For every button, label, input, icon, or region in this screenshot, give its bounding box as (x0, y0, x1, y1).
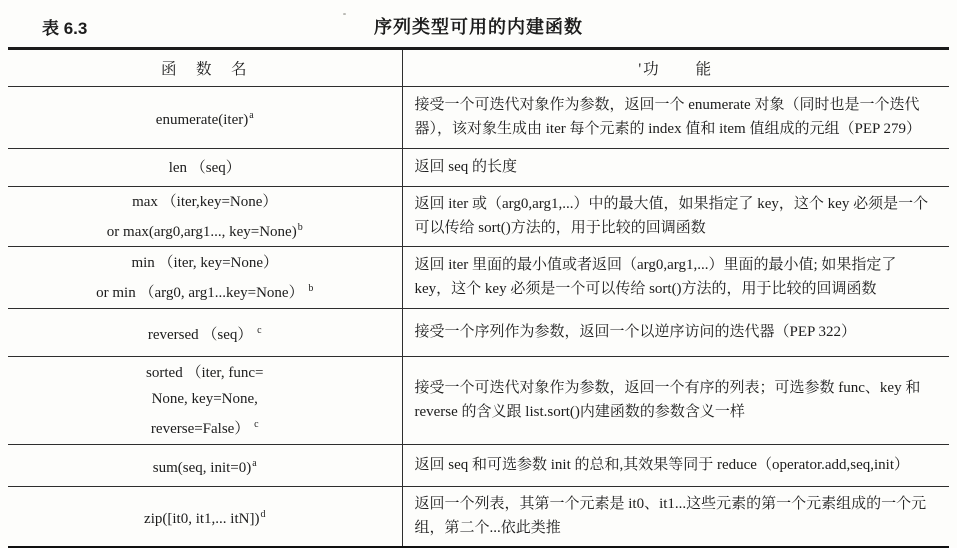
footnote-marker: d (260, 509, 265, 520)
function-name-line: sum(seq, init=0)a (8, 451, 402, 481)
function-name-cell: zip([it0, it1,... itN])d (8, 487, 402, 548)
function-name-cell: reversed （seq） c (8, 309, 402, 357)
scan-speck (537, 456, 540, 459)
function-name-line: reversed （seq） c (8, 318, 402, 348)
function-desc-cell: 接受一个序列作为参数，返回一个以逆序访问的迭代器（PEP 322） (402, 309, 949, 357)
function-name-line: None, key=None, (8, 386, 402, 412)
builtin-functions-table: 函 数 名 '功 能 enumerate(iter)a 接受一个可迭代对象作为参… (8, 47, 949, 548)
function-name-cell: min （iter, key=None）or min （arg0, arg1..… (8, 247, 402, 309)
function-desc-cell: 返回 iter 里面的最小值或者返回（arg0,arg1,...）里面的最小值;… (402, 247, 949, 309)
footnote-marker: b (308, 283, 313, 294)
table-caption: 表 6.3 序列类型可用的内建函数 (0, 0, 957, 47)
table-row: sum(seq, init=0)a 返回 seq 和可选参数 init 的总和,… (8, 445, 949, 487)
function-name-line: sorted （iter, func= (8, 360, 402, 386)
function-name-line: enumerate(iter)a (8, 103, 402, 133)
column-header-function-name: 函 数 名 (8, 49, 402, 87)
function-name-cell: sum(seq, init=0)a (8, 445, 402, 487)
table-title: 序列类型可用的内建函数 (0, 13, 957, 39)
table-row: sorted （iter, func=None, key=None,revers… (8, 357, 949, 445)
footnote-marker: a (252, 458, 256, 469)
table-row: max （iter,key=None）or max(arg0,arg1..., … (8, 187, 949, 247)
function-desc-cell: 返回 seq 的长度 (402, 149, 949, 187)
header-row: 函 数 名 '功 能 (8, 49, 949, 87)
function-name-cell: enumerate(iter)a (8, 87, 402, 149)
function-desc-cell: 返回一个列表，其第一个元素是 it0、it1...这些元素的第一个元素组成的一个… (402, 487, 949, 548)
function-name-line: zip([it0, it1,... itN])d (8, 502, 402, 532)
function-name-line: max （iter,key=None） (8, 189, 402, 215)
footnote-marker: a (249, 110, 253, 121)
function-desc-cell: 返回 seq 和可选参数 init 的总和,其效果等同于 reduce（oper… (402, 445, 949, 487)
function-name-cell: len （seq） (8, 149, 402, 187)
function-name-cell: max （iter,key=None）or max(arg0,arg1..., … (8, 187, 402, 247)
function-name-cell: sorted （iter, func=None, key=None,revers… (8, 357, 402, 445)
function-desc-cell: 接受一个可迭代对象作为参数，返回一个 enumerate 对象（同时也是一个迭代… (402, 87, 949, 149)
table-row: len （seq） 返回 seq 的长度 (8, 149, 949, 187)
footnote-marker: b (298, 222, 303, 233)
function-name-line: len （seq） (8, 155, 402, 181)
function-desc-cell: 返回 iter 或（arg0,arg1,...）中的最大值，如果指定了 key，… (402, 187, 949, 247)
function-name-line: or min （arg0, arg1...key=None） b (8, 276, 402, 306)
table-row: enumerate(iter)a 接受一个可迭代对象作为参数，返回一个 enum… (8, 87, 949, 149)
book-page: 表 6.3 序列类型可用的内建函数 函 数 名 '功 能 enumerate(i… (0, 0, 957, 548)
function-name-line: or max(arg0,arg1..., key=None)b (8, 215, 402, 245)
function-desc-cell: 接受一个可迭代对象作为参数，返回一个有序的列表；可选参数 func、key 和 … (402, 357, 949, 445)
table-row: zip([it0, it1,... itN])d 返回一个列表，其第一个元素是 … (8, 487, 949, 548)
column-header-function-desc: '功 能 (402, 49, 949, 87)
table-body: enumerate(iter)a 接受一个可迭代对象作为参数，返回一个 enum… (8, 87, 949, 548)
function-name-line: reverse=False） c (8, 412, 402, 442)
table-row: min （iter, key=None）or min （arg0, arg1..… (8, 247, 949, 309)
function-name-line: min （iter, key=None） (8, 250, 402, 276)
table-header: 函 数 名 '功 能 (8, 49, 949, 87)
footnote-marker: c (254, 419, 258, 430)
table-row: reversed （seq） c 接受一个序列作为参数，返回一个以逆序访问的迭代… (8, 309, 949, 357)
footnote-marker: c (257, 325, 261, 336)
